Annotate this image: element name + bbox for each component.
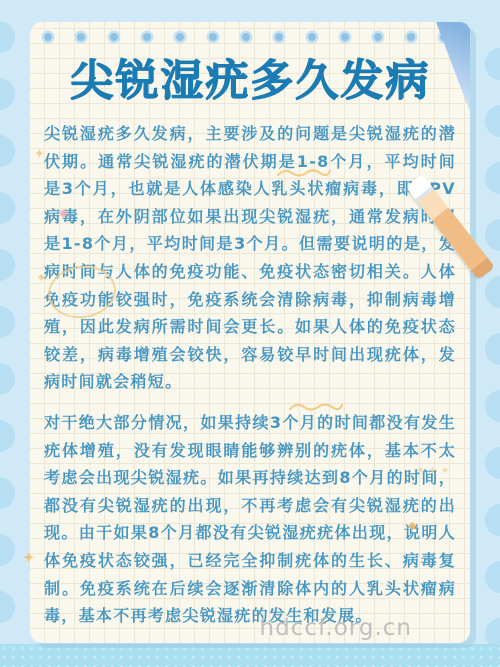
tack-dot-icon [176, 33, 184, 41]
article-body: 尖锐湿疣多久发病，主要涉及的问题是尖锐湿疣的潜伏期。通常尖锐湿疣的潜伏期是1-8… [44, 120, 456, 630]
infographic-page: 尖锐湿疣多久发病 尖锐湿疣多久发病，主要涉及的问题是尖锐湿疣的潜伏期。通常尖锐湿… [0, 0, 500, 667]
tack-dot-icon [242, 33, 250, 41]
polka-dot-icon [485, 105, 500, 137]
tack-dot-row [44, 33, 448, 41]
polka-dot-icon [0, 249, 15, 281]
polka-dot-icon [0, 477, 15, 509]
polka-dot-icon [0, 192, 15, 224]
tack-dot-icon [209, 33, 217, 41]
polka-dot-icon [485, 447, 500, 479]
polka-dot-icon [485, 219, 500, 251]
tack-dot-icon [44, 33, 52, 41]
polka-dot-icon [485, 504, 500, 536]
polka-dot-icon [485, 390, 500, 422]
sparkle-icon: ✦ [34, 148, 45, 161]
bottom-band [0, 644, 500, 667]
sparkle-icon: ◆ [408, 520, 416, 531]
sparkle-icon: ✦ [22, 550, 35, 566]
polka-dot-icon [0, 21, 15, 53]
sparkle-icon: ✦ [36, 272, 47, 285]
watermark: hdccf.org.cn [260, 615, 412, 641]
tack-dot-icon [143, 33, 151, 41]
polka-dot-icon [485, 162, 500, 194]
polka-dot-icon [485, 48, 500, 80]
paragraph-1: 尖锐湿疣多久发病，主要涉及的问题是尖锐湿疣的潜伏期。通常尖锐湿疣的潜伏期是1-8… [44, 120, 456, 396]
polka-dot-icon [485, 333, 500, 365]
polka-dot-icon [0, 420, 15, 452]
squiggle-icon [276, 166, 332, 178]
polka-dot-icon [0, 306, 15, 338]
tack-dot-icon [407, 33, 415, 41]
polka-dot-icon [0, 363, 15, 395]
sparkle-row-icon: ✦✦✦ [416, 465, 453, 476]
squiggle-icon [288, 400, 344, 412]
tack-dot-icon [110, 33, 118, 41]
paragraph-2: 对干绝大部分情况，如果持续3个月的时间都没有发生疣体增殖，没有发现眼睛能够辨别的… [44, 409, 456, 630]
page-title: 尖锐湿疣多久发病 [40, 56, 460, 106]
polka-dot-icon [0, 135, 15, 167]
polka-dot-icon [485, 561, 500, 593]
tack-dot-icon [308, 33, 316, 41]
polka-dot-icon [0, 78, 15, 110]
pink-dot-icon [60, 210, 67, 217]
tack-dot-icon [275, 33, 283, 41]
polka-dot-icon [0, 534, 15, 566]
tack-dot-icon [77, 33, 85, 41]
tack-dot-icon [374, 33, 382, 41]
polka-dot-icon [0, 591, 15, 623]
polka-dot-icon [485, 276, 500, 308]
tack-dot-icon [341, 33, 349, 41]
note-card: 尖锐湿疣多久发病 尖锐湿疣多久发病，主要涉及的问题是尖锐湿疣的潜伏期。通常尖锐湿… [30, 22, 470, 643]
